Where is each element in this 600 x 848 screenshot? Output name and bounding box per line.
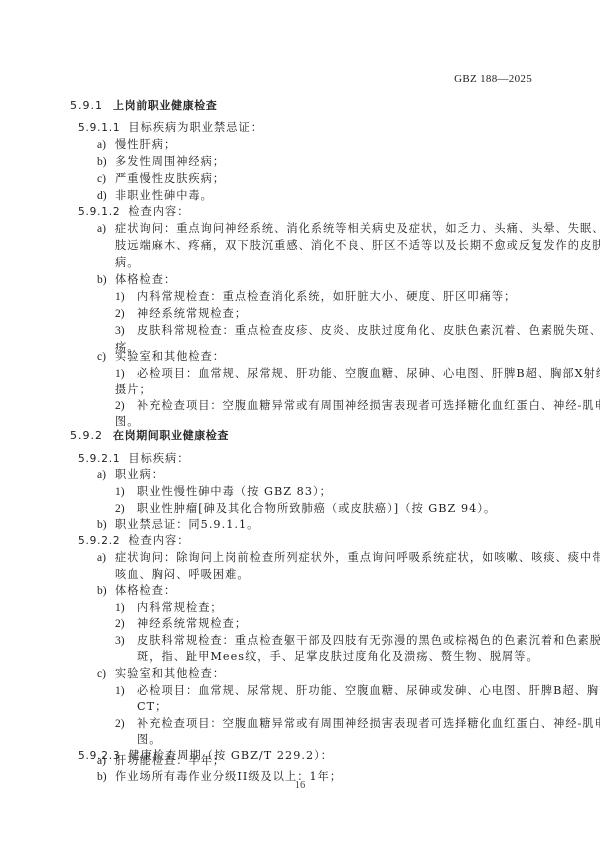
list-text: 慢性肝病； [115, 138, 176, 151]
section-title: 在岗期间职业健康检查 [113, 429, 229, 442]
sub-list-text: 皮肤科常规检查：重点检查躯干部及四肢有无弥漫的黑色或棕褐色的色素沉着和色素脱失 [137, 634, 600, 647]
subsection-heading-5-9-1-1: 5.9.1.1目标疾病为职业禁忌证： [78, 119, 263, 137]
list-marker: c) [97, 666, 115, 683]
sub-list-item: 2)补充检查项目：空腹血糖异常或有周围神经损害表现者可选择糖化血红蛋白、神经-肌… [115, 715, 600, 733]
sub-list-marker: 1) [115, 683, 137, 700]
sub-list-text: 职业性肿瘤[砷及其化合物所致肺癌（或皮肤癌）]（按 GBZ 94）。 [137, 502, 496, 515]
list-item: a)职业病： [97, 466, 164, 484]
sub-list-text: 神经系统常规检查； [137, 617, 247, 630]
section-title: 上岗前职业健康检查 [113, 99, 217, 112]
list-text: 实验室和其他检查： [115, 350, 225, 363]
subsection-number: 5.9.2.1 [78, 453, 120, 465]
list-text: 严重慢性皮肤疾病； [115, 172, 225, 185]
list-item: a)症状询问：重点询问神经系统、消化系统等相关病史及症状，如乏力、头痛、头晕、失… [97, 220, 600, 238]
list-item: c)实验室和其他检查： [97, 665, 225, 683]
list-item: c)实验室和其他检查： [97, 348, 225, 366]
section-number: 5.9.1 [70, 99, 103, 112]
subsection-title: 目标疾病： [128, 452, 189, 465]
list-text: 职业病： [115, 468, 164, 481]
list-marker: a) [97, 221, 115, 238]
list-item: b)体格检查： [97, 582, 176, 600]
list-marker: a) [97, 550, 115, 567]
sub-list-item: 2)补充检查项目：空腹血糖异常或有周围神经损害表现者可选择糖化血红蛋白、神经-肌… [115, 397, 600, 415]
subsection-title: 检查内容： [128, 534, 189, 547]
sub-list-item: 3)皮肤科常规检查：重点检查皮疹、皮炎、皮肤过度角化、皮肤色素沉着、色素脱失斑、… [115, 322, 600, 340]
subsection-number: 5.9.1.1 [78, 122, 120, 134]
sub-list-text: 必检项目：血常规、尿常规、肝功能、空腹血糖、尿砷或发砷、心电图、肝脾B超、胸部 [137, 684, 600, 697]
list-text-continued: 肢远端麻木、疼痛，双下肢沉重感、消化不良、肝区不适等以及长期不愈或反复发作的皮肤… [115, 237, 600, 254]
list-text-continued: 咳血、胸闷、呼吸困难。 [115, 566, 250, 583]
list-marker: c) [97, 171, 115, 188]
list-item: c)严重慢性皮肤疾病； [97, 170, 225, 188]
sub-list-item: 1)必检项目：血常规、尿常规、肝功能、空腹血糖、尿砷、心电图、肝脾B超、胸部X射… [115, 365, 600, 383]
sub-list-text: 内科常规检查：重点检查消化系统，如肝脏大小、硬度、肝区叩痛等； [137, 290, 516, 303]
sub-list-item: 2)神经系统常规检查； [115, 615, 247, 633]
document-page: GBZ 188—2025 5.9.1上岗前职业健康检查 5.9.1.1目标疾病为… [0, 0, 600, 848]
sub-list-item: 1)内科常规检查：重点检查消化系统，如肝脏大小、硬度、肝区叩痛等； [115, 288, 516, 306]
sub-list-text-continued: 斑，指、趾甲Mees纹，手、足掌皮肤过度角化及溃疡、赘生物、脱屑等。 [137, 648, 539, 665]
subsection-title: 目标疾病为职业禁忌证： [128, 121, 263, 134]
list-text-continued: 病。 [115, 254, 139, 271]
list-marker: c) [97, 349, 115, 366]
subsection-number: 5.9.1.2 [78, 206, 120, 218]
list-item: b)体格检查： [97, 271, 176, 289]
page-number: 16 [0, 780, 600, 791]
sub-list-item: 1)职业性慢性砷中毒（按 GBZ 83）； [115, 483, 332, 501]
list-text: 体格检查： [115, 584, 176, 597]
subsection-number: 5.9.2.2 [78, 535, 120, 547]
sub-list-text: 职业性慢性砷中毒（按 GBZ 83）； [137, 485, 332, 498]
sub-list-item: 1)必检项目：血常规、尿常规、肝功能、空腹血糖、尿砷或发砷、心电图、肝脾B超、胸… [115, 682, 600, 700]
list-text: 症状询问：除询问上岗前检查所列症状外，重点询问呼吸系统症状，如咳嗽、咳痰、痰中带… [115, 551, 600, 564]
sub-list-text: 内科常规检查； [137, 601, 223, 614]
sub-list-marker: 1) [115, 289, 137, 306]
sub-list-marker: 1) [115, 484, 137, 501]
section-number: 5.9.2 [70, 429, 103, 442]
sub-list-text-continued: CT； [137, 698, 167, 715]
list-marker: b) [97, 272, 115, 289]
sub-list-marker: 2) [115, 306, 137, 323]
sub-list-text-continued: 摄片； [115, 381, 152, 398]
subsection-heading-5-9-2-2: 5.9.2.2检查内容： [78, 532, 190, 550]
list-text: 非职业性砷中毒。 [115, 189, 213, 202]
sub-list-item: 2)神经系统常规检查； [115, 305, 247, 323]
sub-list-marker: 3) [115, 323, 137, 340]
document-id: GBZ 188—2025 [454, 73, 532, 85]
list-text: 职业禁忌证：同5.9.1.1。 [115, 518, 259, 531]
sub-list-text: 皮肤科常规检查：重点检查皮疹、皮炎、皮肤过度角化、皮肤色素沉着、色素脱失斑、溃 [137, 324, 600, 337]
list-marker: a) [97, 137, 115, 154]
list-text: 症状询问：重点询问神经系统、消化系统等相关病史及症状，如乏力、头痛、头晕、失眠、… [115, 222, 600, 235]
sub-list-text: 神经系统常规检查； [137, 307, 247, 320]
section-heading-5-9-2: 5.9.2在岗期间职业健康检查 [70, 427, 229, 444]
list-text: 实验室和其他检查： [115, 667, 225, 680]
subsection-heading-5-9-1-2: 5.9.1.2检查内容： [78, 203, 190, 221]
sub-list-marker: 3) [115, 633, 137, 650]
subsection-title: 检查内容： [128, 205, 189, 218]
sub-list-text: 必检项目：血常规、尿常规、肝功能、空腹血糖、尿砷、心电图、肝脾B超、胸部X射线 [137, 367, 600, 380]
list-marker: b) [97, 583, 115, 600]
sub-list-marker: 2) [115, 616, 137, 633]
list-item: a)症状询问：除询问上岗前检查所列症状外，重点询问呼吸系统症状，如咳嗽、咳痰、痰… [97, 549, 600, 567]
section-heading-5-9-1: 5.9.1上岗前职业健康检查 [70, 97, 217, 114]
list-item: b)多发性周围神经病； [97, 153, 225, 171]
list-text: 多发性周围神经病； [115, 155, 225, 168]
list-text: 体格检查： [115, 273, 176, 286]
list-marker: a) [97, 467, 115, 484]
list-marker: b) [97, 154, 115, 171]
sub-list-text: 补充检查项目：空腹血糖异常或有周围神经损害表现者可选择糖化血红蛋白、神经-肌电 [137, 399, 600, 412]
sub-list-text-continued: 图。 [137, 731, 161, 748]
sub-list-marker: 2) [115, 716, 137, 733]
list-text: 肝功能检查：半年； [115, 754, 225, 767]
sub-list-text: 补充检查项目：空腹血糖异常或有周围神经损害表现者可选择糖化血红蛋白、神经-肌电 [137, 717, 600, 730]
list-item: a)慢性肝病； [97, 136, 176, 154]
